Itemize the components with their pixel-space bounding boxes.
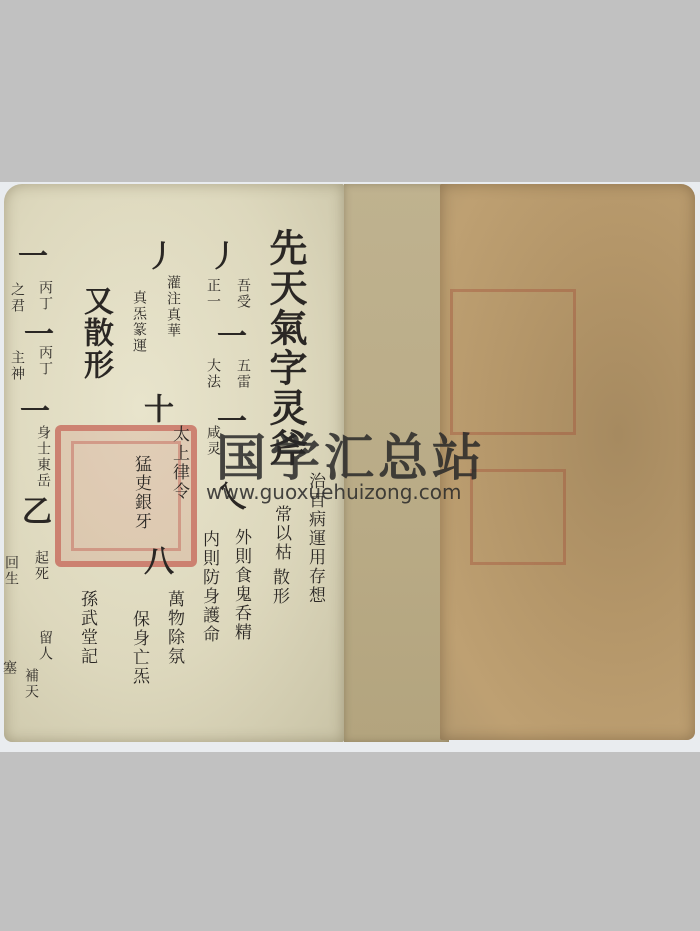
stroke-mark: 乙 (18, 495, 48, 527)
text-column: 之君 (10, 282, 24, 314)
text-column: 正一 (206, 278, 220, 310)
stroke-mark: 丿 (205, 240, 235, 272)
text-column: 外則食鬼呑精 (232, 528, 249, 642)
text-column: 丙丁 (38, 345, 52, 377)
text-column: 保身亡炁 (130, 610, 147, 686)
stroke-mark: 丿 (142, 240, 172, 272)
text-column: 萬物除氛 (165, 590, 182, 666)
text-column: 大法 (206, 358, 220, 390)
text-column: 留人 (38, 630, 52, 662)
signature: 孫武堂記 (78, 590, 95, 666)
text-column: 五雷 (236, 358, 250, 390)
stroke-mark: 一 (213, 320, 243, 352)
text-column: 散形 (270, 568, 287, 606)
text-column: 灌注真華 (166, 275, 180, 339)
text-column: 塞 (2, 660, 16, 676)
stroke-mark: 一 (14, 240, 44, 272)
text-column: 太上律令 (170, 425, 187, 501)
text-column: 内則防身護命 (200, 530, 217, 644)
watermark-url: www.guoxuehuizong.com (206, 480, 462, 504)
text-column: 補天 (24, 668, 38, 700)
text-column: 起死 (34, 550, 48, 582)
text-column: 身士東岳 (36, 425, 50, 489)
stroke-mark: 八 (140, 545, 170, 577)
text-column: 丙丁 (38, 280, 52, 312)
text-column-large: 又散形 (80, 285, 110, 381)
text-column: 吾受 (236, 278, 250, 310)
faint-seal-upper (450, 289, 576, 435)
stroke-mark: 十 (140, 393, 170, 425)
text-column: 猛吏銀牙 (132, 455, 149, 531)
stroke-mark: 一 (16, 395, 46, 427)
text-column: 真炁篆運 (132, 290, 146, 354)
text-column: 主神 (10, 350, 24, 382)
text-column: 回生 (4, 555, 18, 587)
text-column: 常以枯 (272, 505, 289, 562)
